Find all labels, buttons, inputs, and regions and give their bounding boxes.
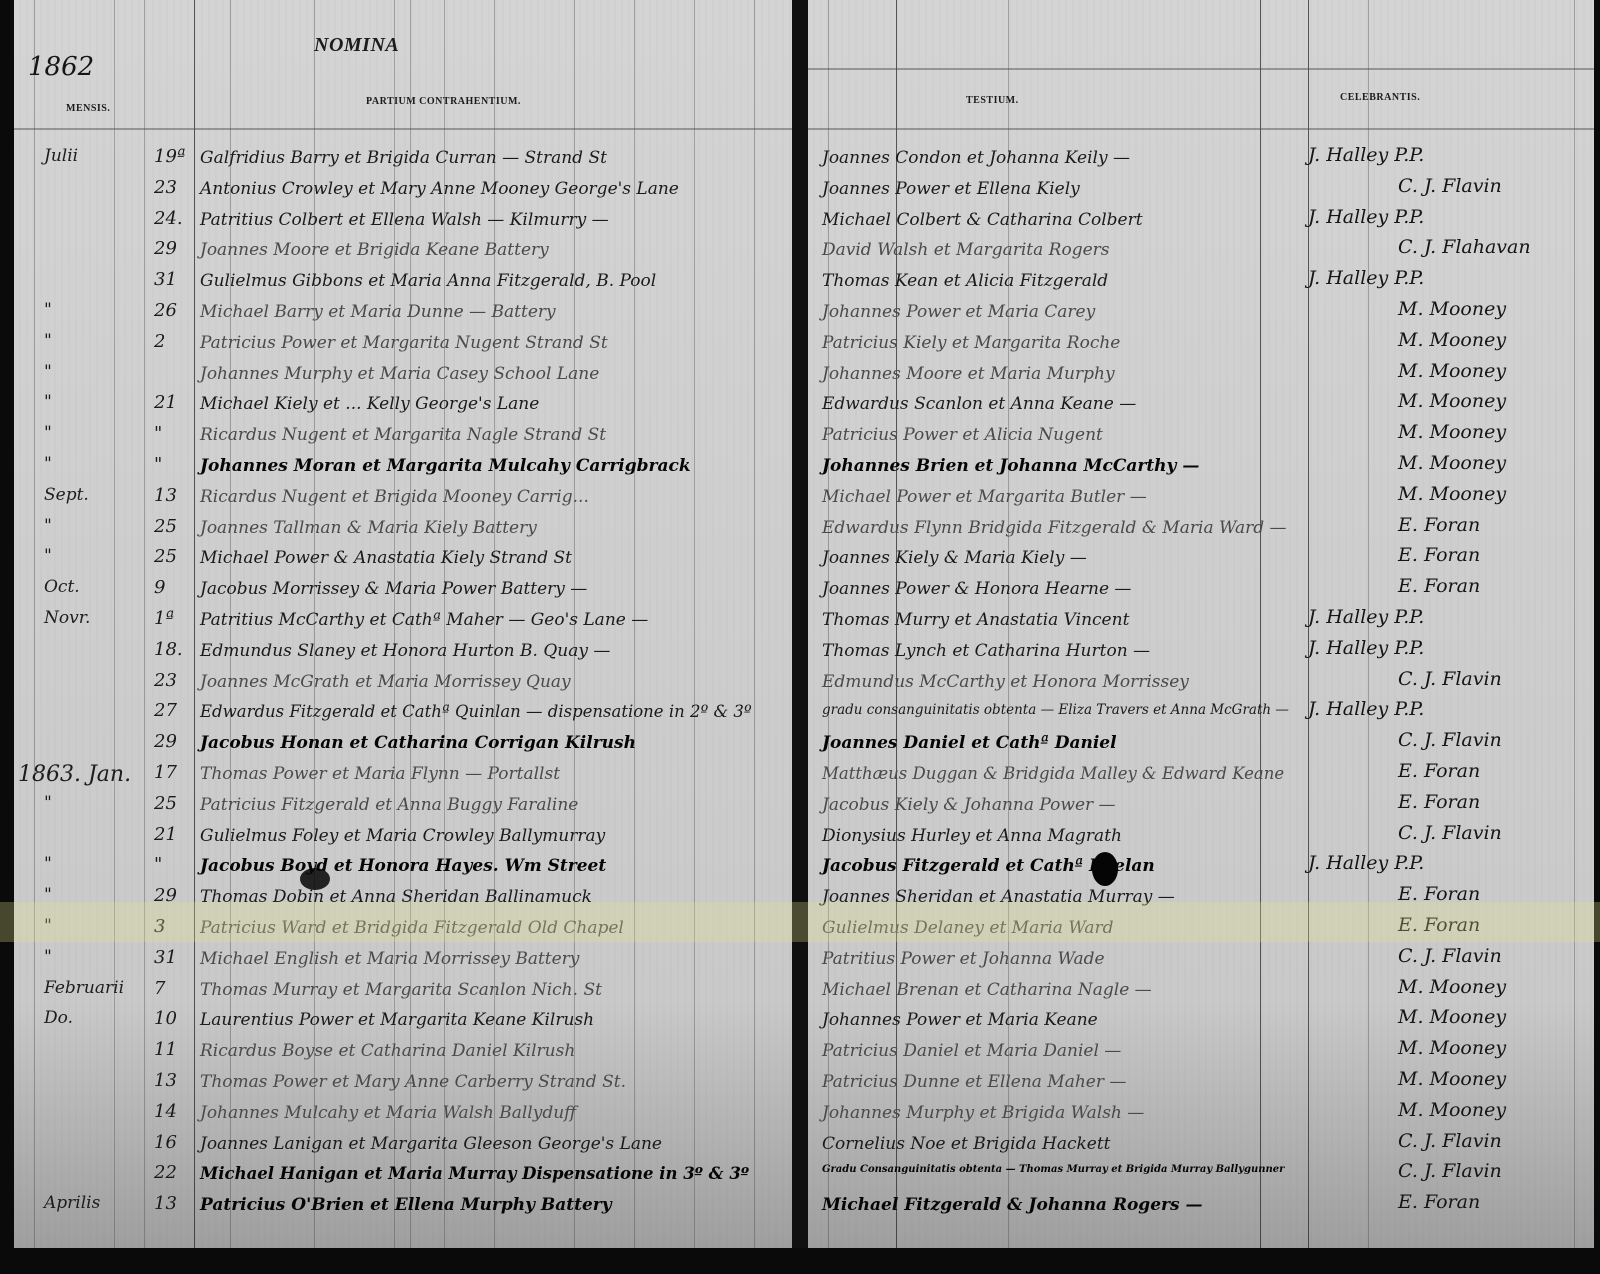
entry-celebrant-signature: M. Mooney [1398,483,1506,505]
entry-witnesses: Joannes Power & Honora Hearne — [822,579,1131,599]
entry-day: 29 [154,731,190,752]
entry-witnesses: Cornelius Noe et Brigida Hackett [822,1134,1111,1154]
entry-month: 1863. Jan. [18,762,131,787]
entry-celebrant-signature: E. Foran [1398,791,1480,813]
entry-day: 13 [154,1193,190,1214]
ink-blot [1092,852,1118,886]
entry-month: Sept. [44,485,89,505]
entry-month: " [44,947,52,967]
entry-month: " [44,423,52,443]
entry-day: 9 [154,577,190,598]
entry-celebrant-signature: M. Mooney [1398,1099,1506,1121]
entry-day: 26 [154,300,190,321]
entry-parties: Johannes Murphy et Maria Casey School La… [200,364,599,384]
entry-parties: Patricius Power et Margarita Nugent Stra… [200,333,608,353]
entry-day: " [154,854,190,875]
entry-witnesses: Joannes Daniel et Cathª Daniel [822,733,1117,753]
column-rule [1260,0,1261,1252]
entry-day: 31 [154,269,190,290]
entry-celebrant-signature: C. J. Flavin [1398,668,1502,690]
entry-celebrant-signature: J. Halley P.P. [1308,206,1424,228]
entry-month: Aprilis [44,1193,100,1213]
entry-celebrant-signature: M. Mooney [1398,1068,1506,1090]
entry-witnesses: Patricius Power et Alicia Nugent [822,425,1103,445]
entry-witnesses: Thomas Lynch et Catharina Hurton — [822,641,1150,661]
entry-celebrant-signature: C. J. Flavin [1398,175,1502,197]
column-rule [144,0,145,1252]
entry-month: " [44,362,52,382]
header-testium: TESTIUM. [966,95,1019,106]
entry-witnesses: Johannes Brien et Johanna McCarthy — [822,456,1199,476]
entry-celebrant-signature: M. Mooney [1398,329,1506,351]
entry-celebrant-signature: J. Halley P.P. [1308,852,1424,874]
entry-day: 24. [154,208,190,229]
entry-celebrant-signature: E. Foran [1398,575,1480,597]
entry-month: " [44,854,52,874]
column-rule [34,0,35,1252]
entry-month: Julii [44,146,78,166]
entry-day: 10 [154,1008,190,1029]
entry-witnesses: Patricius Daniel et Maria Daniel — [822,1041,1121,1061]
register-left-page: NOMINA 1862 MENSIS. PARTIUM CONTRAHENTIU… [14,0,792,1252]
entry-parties: Patricius Fitzgerald et Anna Buggy Faral… [200,795,578,815]
entry-celebrant-signature: M. Mooney [1398,360,1506,382]
entry-celebrant-signature: J. Halley P.P. [1308,606,1424,628]
entry-celebrant-signature: M. Mooney [1398,298,1506,320]
entry-parties: Joannes Lanigan et Margarita Gleeson Geo… [200,1134,662,1154]
entry-witnesses: Michael Fitzgerald & Johanna Rogers — [822,1195,1202,1215]
entry-month: Oct. [44,577,80,597]
entry-witnesses: Thomas Kean et Alicia Fitzgerald [822,271,1108,291]
entry-parties: Ricardus Nugent et Brigida Mooney Carrig… [200,487,589,507]
entry-parties: Laurentius Power et Margarita Keane Kilr… [200,1010,594,1030]
entry-celebrant-signature: J. Halley P.P. [1308,144,1424,166]
entry-celebrant-signature: J. Halley P.P. [1308,698,1424,720]
entry-parties: Ricardus Boyse et Catharina Daniel Kilru… [200,1041,575,1061]
entry-parties: Jacobus Boyd et Honora Hayes. Wm Street [200,856,606,876]
column-rule [754,0,755,1252]
entry-parties: Jacobus Honan et Catharina Corrigan Kilr… [200,733,636,753]
entry-celebrant-signature: C. J. Flavin [1398,1130,1502,1152]
entry-month: " [44,454,52,474]
entry-celebrant-signature: M. Mooney [1398,421,1506,443]
entry-parties: Edwardus Fitzgerald et Cathª Quinlan — d… [200,702,752,721]
row-highlight [0,902,1600,942]
entry-witnesses: Johannes Power et Maria Keane [822,1010,1098,1030]
entry-parties: Galfridius Barry et Brigida Curran — Str… [200,148,607,168]
entry-parties: Joannes McGrath et Maria Morrissey Quay [200,672,571,692]
entry-day: 22 [154,1162,190,1183]
register-right-page: TESTIUM. CELEBRANTIS. Joannes Condon et … [808,0,1594,1252]
entry-parties: Thomas Power et Maria Flynn — Portallst [200,764,560,784]
entry-witnesses: Michael Brenan et Catharina Nagle — [822,980,1152,1000]
entry-witnesses: Johannes Moore et Maria Murphy [822,364,1115,384]
header-rule [808,128,1594,130]
entry-day: 25 [154,516,190,537]
entry-celebrant-signature: C. J. Flahavan [1398,236,1531,258]
entry-day: 31 [154,947,190,968]
header-rule [808,68,1594,70]
entry-celebrant-signature: E. Foran [1398,760,1480,782]
entry-month: " [44,300,52,320]
entry-witnesses: David Walsh et Margarita Rogers [822,240,1109,260]
entry-parties: Thomas Power et Mary Anne Carberry Stran… [200,1072,626,1092]
entry-day: 23 [154,670,190,691]
entry-month: " [44,546,52,566]
entry-day: 13 [154,485,190,506]
entry-witnesses: Patricius Dunne et Ellena Maher — [822,1072,1126,1092]
entry-parties: Michael Barry et Maria Dunne — Battery [200,302,556,322]
entry-day: 29 [154,238,190,259]
entry-parties: Patritius McCarthy et Cathª Maher — Geo'… [200,610,648,630]
header-partium-contrahentium: PARTIUM CONTRAHENTIUM. [366,96,521,107]
header-mensis: MENSIS. [66,103,110,114]
entry-day: 23 [154,177,190,198]
entry-celebrant-signature: M. Mooney [1398,452,1506,474]
entry-parties: Patricius O'Brien et Ellena Murphy Batte… [200,1195,612,1215]
entry-celebrant-signature: M. Mooney [1398,1037,1506,1059]
entry-parties: Joannes Tallman & Maria Kiely Battery [200,518,537,538]
entry-parties: Ricardus Nugent et Margarita Nagle Stran… [200,425,606,445]
entry-month: Novr. [44,608,90,628]
column-rule [114,0,115,1252]
entry-day: 19ª [154,146,190,167]
entry-parties: Michael Kiely et ... Kelly George's Lane [200,394,539,414]
entry-witnesses: Jacobus Kiely & Johanna Power — [822,795,1116,815]
entry-witnesses: Joannes Condon et Johanna Keily — [822,148,1130,168]
scan-edge [0,1248,1600,1274]
entry-witnesses: Johannes Murphy et Brigida Walsh — [822,1103,1144,1123]
entry-parties: Gulielmus Foley et Maria Crowley Ballymu… [200,826,605,846]
entry-day: 17 [154,762,190,783]
entry-parties: Michael English et Maria Morrissey Batte… [200,949,579,969]
column-rule [1574,0,1575,1252]
entry-day: 2 [154,331,190,352]
entry-witnesses: Edmundus McCarthy et Honora Morrissey [822,672,1189,692]
entry-parties: Johannes Mulcahy et Maria Walsh Ballyduf… [200,1103,576,1123]
entry-celebrant-signature: M. Mooney [1398,1006,1506,1028]
entry-month: " [44,516,52,536]
entry-day: 13 [154,1070,190,1091]
entry-celebrant-signature: C. J. Flavin [1398,822,1502,844]
entry-witnesses: Thomas Murry et Anastatia Vincent [822,610,1129,630]
entry-day: 21 [154,392,190,413]
entry-witnesses: Joannes Power et Ellena Kiely [822,179,1080,199]
entry-day: 1ª [154,608,190,629]
entry-celebrant-signature: J. Halley P.P. [1308,637,1424,659]
entry-month: " [44,392,52,412]
entry-month: Februarii [44,978,124,998]
entry-day: " [154,423,190,444]
entry-parties: Michael Power & Anastatia Kiely Strand S… [200,548,572,568]
entry-witnesses: Edwardus Flynn Bridgida Fitzgerald & Mar… [822,518,1287,538]
entry-parties: Edmundus Slaney et Honora Hurton B. Quay… [200,641,610,661]
entry-celebrant-signature: M. Mooney [1398,976,1506,998]
entry-celebrant-signature: E. Foran [1398,514,1480,536]
entry-witnesses: Michael Power et Margarita Butler — [822,487,1147,507]
entry-parties: Gulielmus Gibbons et Maria Anna Fitzgera… [200,271,656,291]
column-rule [194,0,195,1252]
entry-day: 25 [154,546,190,567]
year-1862: 1862 [28,52,94,82]
entry-witnesses: Johannes Power et Maria Carey [822,302,1095,322]
entry-day: 18. [154,639,190,660]
entry-day: 16 [154,1132,190,1153]
entry-celebrant-signature: E. Foran [1398,544,1480,566]
entry-day: 25 [154,793,190,814]
entry-celebrant-signature: C. J. Flavin [1398,945,1502,967]
entry-day: 21 [154,824,190,845]
entry-parties: Joannes Moore et Brigida Keane Battery [200,240,549,260]
entry-month: Do. [44,1008,73,1028]
entry-witnesses: Gradu Consanguinitatis obtenta — Thomas … [822,1164,1284,1175]
entry-witnesses: Patricius Kiely et Margarita Roche [822,333,1120,353]
ink-blot [300,868,330,890]
entry-day: 11 [154,1039,190,1060]
entry-witnesses: Dionysius Hurley et Anna Magrath [822,826,1122,846]
entry-witnesses: Joannes Kiely & Maria Kiely — [822,548,1087,568]
entry-day: 14 [154,1101,190,1122]
entry-witnesses: Edwardus Scanlon et Anna Keane — [822,394,1136,414]
entry-witnesses: Patritius Power et Johanna Wade [822,949,1105,969]
entry-month: " [44,331,52,351]
entry-celebrant-signature: C. J. Flavin [1398,1160,1502,1182]
entry-parties: Michael Hanigan et Maria Murray Dispensa… [200,1164,749,1183]
header-rule [14,128,792,130]
entry-witnesses: gradu consanguinitatis obtenta — Eliza T… [822,702,1289,718]
entry-month: " [44,793,52,813]
book-spine [792,0,808,1274]
header-nomina: NOMINA [314,34,399,57]
entry-day: 27 [154,700,190,721]
entry-witnesses: Michael Colbert & Catharina Colbert [822,210,1143,230]
entry-parties: Jacobus Morrissey & Maria Power Battery … [200,579,587,599]
entry-celebrant-signature: J. Halley P.P. [1308,267,1424,289]
entry-day: " [154,454,190,475]
header-celebrantis: CELEBRANTIS. [1340,92,1420,103]
entry-parties: Antonius Crowley et Mary Anne Mooney Geo… [200,179,679,199]
entry-celebrant-signature: C. J. Flavin [1398,729,1502,751]
entry-parties: Johannes Moran et Margarita Mulcahy Carr… [200,456,691,476]
entry-celebrant-signature: M. Mooney [1398,390,1506,412]
entry-celebrant-signature: E. Foran [1398,1191,1480,1213]
column-rule [694,0,695,1252]
entry-parties: Patritius Colbert et Ellena Walsh — Kilm… [200,210,609,230]
entry-witnesses: Matthæus Duggan & Bridgida Malley & Edwa… [822,764,1284,783]
entry-day: 7 [154,978,190,999]
entry-parties: Thomas Murray et Margarita Scanlon Nich.… [200,980,602,1000]
